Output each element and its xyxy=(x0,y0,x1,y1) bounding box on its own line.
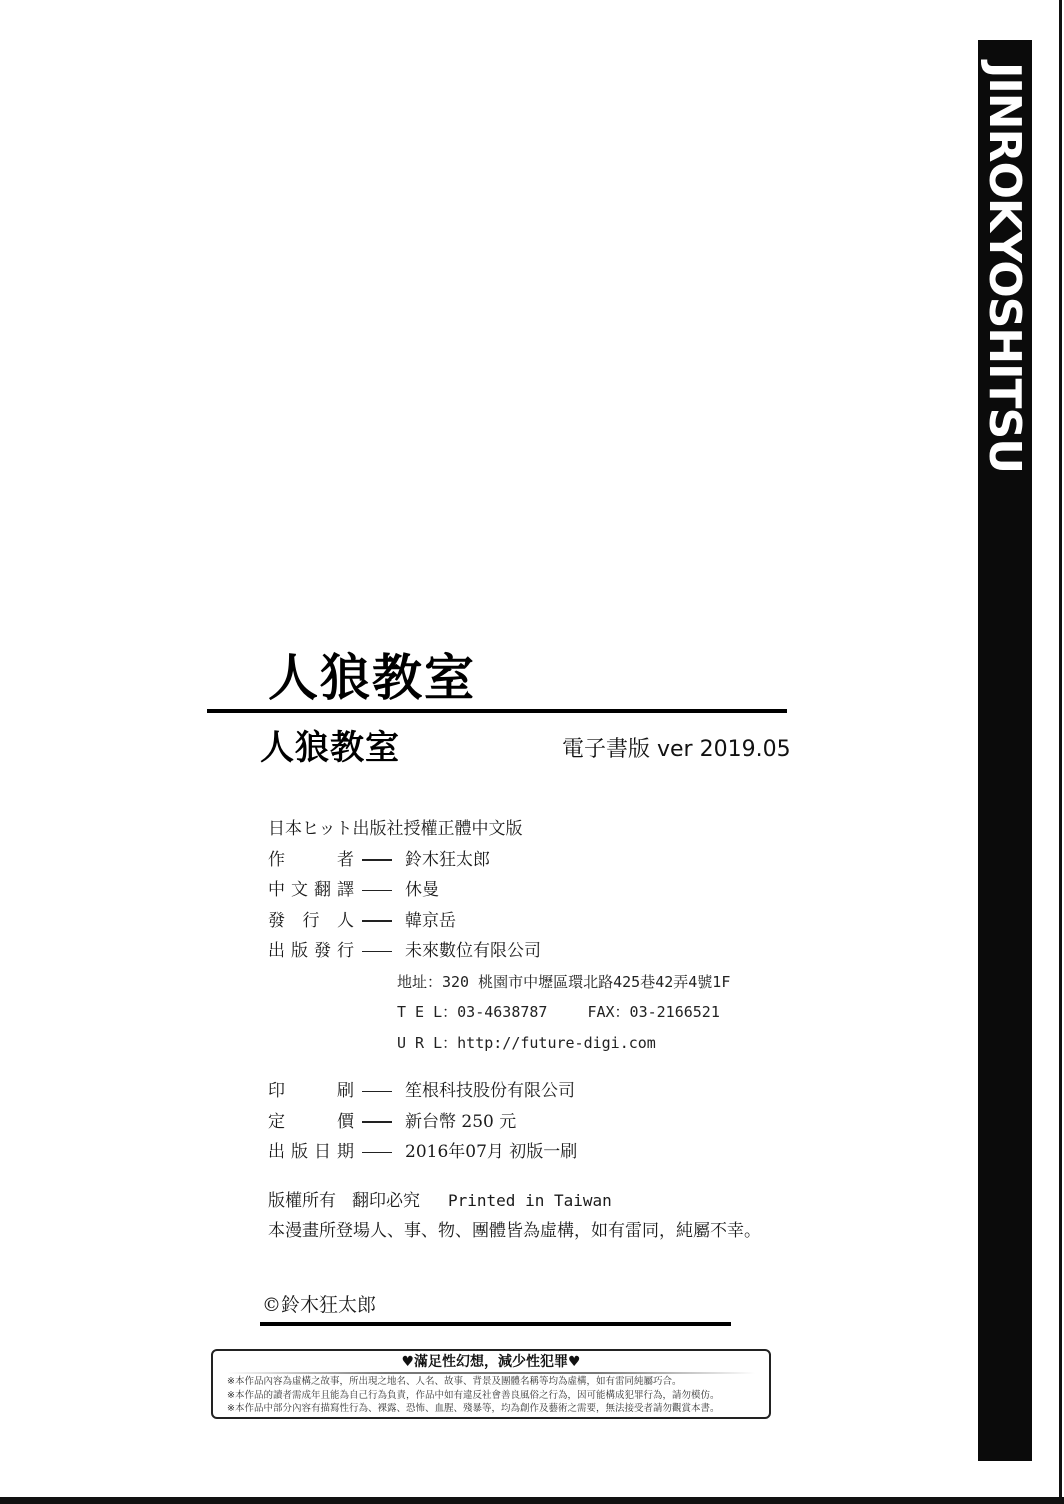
label-char: 出 xyxy=(268,937,285,965)
license-line: 日本ヒット出版社授權正體中文版 xyxy=(268,814,730,845)
label-char: 中 xyxy=(268,876,285,904)
label-char: 版 xyxy=(291,1138,308,1166)
label-char: 發 xyxy=(268,907,285,935)
book-title: 人狼教室 xyxy=(268,648,476,708)
label-char: 刷 xyxy=(337,1077,354,1105)
dash-separator xyxy=(362,1121,392,1123)
notice-title: ♥滿足性幻想，減少性犯罪♥ xyxy=(213,1353,769,1371)
credit-value: 鈴木狂太郎 xyxy=(405,846,490,874)
right-border-line xyxy=(1059,0,1062,1500)
edition-label: 電子書版 ver 2019.05 xyxy=(562,735,791,765)
label-char: 期 xyxy=(337,1138,354,1166)
credit-row-issuer: 發 行 人 韓京岳 xyxy=(268,906,730,937)
label-char: 文 xyxy=(291,876,308,904)
label-char: 版 xyxy=(291,937,308,965)
tel-text: T E L：03-4638787 xyxy=(397,998,547,1026)
credit-label: 發 行 人 xyxy=(268,907,354,935)
label-char: 行 xyxy=(337,937,354,965)
credit-label: 中 文 翻 譯 xyxy=(268,876,354,904)
notice-line: ※本作品中部分內容有描寫性行為、裸露、恐怖、血腥、殘暴等，均為創作及藝術之需要，… xyxy=(227,1402,719,1416)
disclaimer-line: 本漫畫所登場人、事、物、團體皆為虛構，如有雷同，純屬不幸。 xyxy=(268,1216,761,1246)
credit-value: 2016年07月 初版一刷 xyxy=(405,1138,577,1166)
label-char: 價 xyxy=(337,1108,354,1136)
credit-value: 新台幣 250 元 xyxy=(405,1108,516,1136)
dash-separator xyxy=(362,920,392,922)
author-copyright: ©鈴木狂太郎 xyxy=(262,1292,376,1318)
credit-value: 未來數位有限公司 xyxy=(405,937,541,965)
no-copy-text: 翻印必究 xyxy=(352,1191,420,1211)
address-line: 地址：320 桃園市中壢區環北路425巷42弄4號1F xyxy=(397,967,730,998)
credit-row-author: 作 者 鈴木狂太郎 xyxy=(268,845,730,876)
credit-label: 印 刷 xyxy=(268,1077,354,1105)
credit-label: 出 版 發 行 xyxy=(268,937,354,965)
credit-label: 出 版 日 期 xyxy=(268,1138,354,1166)
publisher-contact: 地址：320 桃園市中壢區環北路425巷42弄4號1F T E L：03-463… xyxy=(268,967,730,1059)
label-char: 發 xyxy=(314,937,331,965)
credit-row-publisher: 出 版 發 行 未來數位有限公司 xyxy=(268,936,730,967)
credits-block: 日本ヒット出版社授權正體中文版 作 者 鈴木狂太郎 中 文 翻 譯 休曼 發 行… xyxy=(268,814,730,1058)
rights-text: 版權所有 xyxy=(268,1191,336,1211)
label-char: 翻 xyxy=(314,876,331,904)
dash-separator xyxy=(362,859,392,861)
credit-value: 休曼 xyxy=(405,876,439,904)
print-info-block: 印 刷 笙根科技股份有限公司 定 價 新台幣 250 元 出 版 日 期 201… xyxy=(268,1076,577,1168)
url-line: U R L：http://future-digi.com xyxy=(397,1028,730,1059)
notice-line: ※本作品內容為虛構之故事，所出現之地名、人名、故事、背景及團體名稱等均為虛構，如… xyxy=(227,1375,719,1389)
credit-label: 作 者 xyxy=(268,846,354,874)
bottom-border-line xyxy=(0,1497,1064,1504)
fax-text: FAX：03-2166521 xyxy=(587,998,719,1026)
label-char: 者 xyxy=(337,846,354,874)
copyright-rule xyxy=(260,1322,731,1326)
notice-line: ※本作品的讀者需成年且能為自己行為負責，作品中如有違反社會善良風俗之行為，因可能… xyxy=(227,1389,719,1403)
credit-row-publish-date: 出 版 日 期 2016年07月 初版一刷 xyxy=(268,1137,577,1168)
label-char: 作 xyxy=(268,846,285,874)
credit-label: 定 價 xyxy=(268,1108,354,1136)
label-char: 人 xyxy=(337,907,354,935)
label-char: 定 xyxy=(268,1108,285,1136)
copyright-block: 版權所有翻印必究Printed in Taiwan 本漫畫所登場人、事、物、團體… xyxy=(268,1186,761,1246)
book-subtitle: 人狼教室 xyxy=(260,726,400,770)
dash-separator xyxy=(362,951,392,953)
dash-separator xyxy=(362,1152,392,1154)
notice-lines: ※本作品內容為虛構之故事，所出現之地名、人名、故事、背景及團體名稱等均為虛構，如… xyxy=(227,1375,719,1416)
dash-separator xyxy=(362,1091,392,1093)
label-char: 日 xyxy=(314,1138,331,1166)
label-char: 出 xyxy=(268,1138,285,1166)
phone-fax-line: T E L：03-4638787 FAX：03-2166521 xyxy=(397,997,730,1028)
label-char: 印 xyxy=(268,1077,285,1105)
credit-value: 笙根科技股份有限公司 xyxy=(405,1077,575,1105)
credit-row-translator: 中 文 翻 譯 休曼 xyxy=(268,875,730,906)
credit-row-printer: 印 刷 笙根科技股份有限公司 xyxy=(268,1076,577,1107)
dash-separator xyxy=(362,890,392,892)
rights-line: 版權所有翻印必究Printed in Taiwan xyxy=(268,1186,761,1216)
spine-title: JINROKYOSHITSU xyxy=(986,62,1022,473)
license-text: 日本ヒット出版社授權正體中文版 xyxy=(268,815,523,843)
content-notice-box: ♥滿足性幻想，減少性犯罪♥ ※本作品內容為虛構之故事，所出現之地名、人名、故事、… xyxy=(211,1349,771,1419)
credit-row-price: 定 價 新台幣 250 元 xyxy=(268,1107,577,1138)
spine-band: JINROKYOSHITSU xyxy=(978,40,1032,1461)
printed-in-text: Printed in Taiwan xyxy=(448,1191,612,1210)
notice-divider xyxy=(227,1372,755,1374)
credit-value: 韓京岳 xyxy=(405,907,456,935)
title-rule xyxy=(207,709,787,713)
label-char: 行 xyxy=(303,907,320,935)
label-char: 譯 xyxy=(337,876,354,904)
